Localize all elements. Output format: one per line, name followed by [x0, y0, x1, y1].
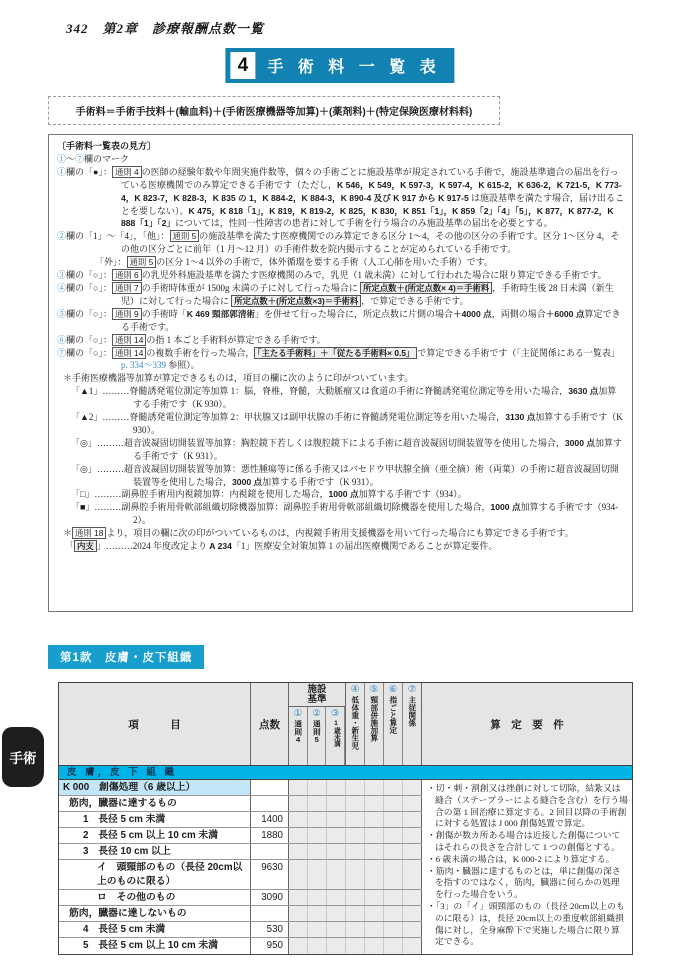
guide-segment: 「◎」……… [71, 464, 124, 474]
guide-segment: の複数手術を行った場合， [146, 348, 254, 358]
column-label: 低体重・新生児 [351, 696, 359, 749]
mark-cell [308, 906, 327, 921]
mark-cell [384, 860, 403, 889]
mark-cell [346, 796, 365, 811]
mark-cell [346, 844, 365, 859]
guide-segment: については，性同一性障害の患者に対して手術を行う場合のみ施設基準の届出を必要とす… [175, 218, 553, 228]
mark-cell [365, 812, 384, 827]
mark-cell [403, 812, 422, 827]
mark-cells [289, 906, 422, 921]
mark-cell [327, 890, 346, 905]
mark-cell [327, 780, 346, 795]
mark-cell [289, 860, 308, 889]
points-cell: 3090 [251, 890, 289, 905]
guide-segment: 「□」……… [71, 489, 121, 499]
mark-cells [289, 812, 422, 827]
guide-line: ②欄の「1」〜「4」，「他」：通則 5の施設基準を満たす医療機関でのみ算定できる… [57, 230, 624, 256]
guide-line: ①〜⑦欄のマーク [57, 153, 624, 166]
category-band: 皮 膚，皮 下 組 織 [59, 766, 632, 780]
guide-segment: で算定できる手術です（「主従関係にある一覧表」 [417, 348, 620, 358]
column-number: ⑥ [389, 684, 398, 695]
guide-lines: ①〜⑦欄のマーク①欄の「●」：通則 4の医師の経験年数や年間実施件数等，個々の手… [57, 153, 624, 553]
points-column-header: 点数 [251, 683, 289, 765]
guide-segment: 欄の「○」： [66, 309, 112, 319]
mark-cell [327, 796, 346, 811]
mark-cell [346, 860, 365, 889]
requirements-column-header: 算 定 要 件 [421, 683, 632, 765]
guide-segment: ＋6000 点 [546, 309, 585, 319]
guide-segment: の手術時体重が 1500g 未満の子に対して行った場合に [142, 283, 360, 293]
guide-segment: 「外」： [95, 257, 127, 267]
guide-segment: A 234 [209, 541, 232, 551]
guide-segment: ，で算定できる手術です。 [361, 296, 468, 306]
guide-segment: 所定点数＋(所定点数×3)＝手術料 [231, 295, 361, 307]
mark-column-header: ⑦主従関係 [403, 683, 422, 765]
guide-segment: 「 [65, 541, 74, 551]
mark-cell [289, 922, 308, 937]
mark-cell [403, 890, 422, 905]
mark-cell [365, 828, 384, 843]
points-cell: 530 [251, 922, 289, 937]
section-label: 第1款 皮膚・皮下組織 [48, 645, 204, 669]
guide-line: 「◎」………超音波凝固切開装置等加算：胸腔鏡下若しくは腹腔鏡下による手術に超音波… [57, 437, 624, 463]
requirements-cell: ・切・刺・割創又は挫創に対して切除，結紮又は縫合（ステープラーによる縫合を含む）… [422, 780, 632, 954]
guide-line: ⑥欄の「○」：通則 14の指 1 本ごと手術料が算定できる手術です。 [57, 334, 624, 347]
mark-cell [346, 922, 365, 937]
guide-segment: 通則 14 [112, 347, 146, 359]
table-row: 4 長径 5 cm 未満530 [59, 922, 422, 938]
mark-cell [308, 780, 327, 795]
guide-line: 「■」………副鼻腔手術用骨軟部組織切除機器加算：副鼻腔手術用骨軟部組織切除機器を… [57, 501, 624, 527]
mark-column-header: ⑤頸部併施加算 [365, 683, 384, 765]
guide-segment: 加算する手術です（934）。 [359, 489, 467, 499]
points-cell [251, 906, 289, 921]
item-cell: 1 長径 5 cm 未満 [59, 812, 251, 827]
mark-column-header: ③1歳未満 [326, 707, 345, 765]
mark-column-header: ②通則5 [308, 707, 327, 765]
guide-segment: 1000 点 [328, 489, 358, 499]
mark-cell [346, 780, 365, 795]
table-row: 2 長径 5 cm 以上 10 cm 未満1880 [59, 828, 422, 844]
mark-cell [327, 938, 346, 954]
guide-segment: 通則 14 [112, 334, 146, 346]
column-number: ③ [331, 708, 340, 719]
guide-segment: 副鼻腔手術用内視鏡加算：内視鏡を使用した場合， [121, 489, 328, 499]
item-cell: 筋肉，臓器に達するもの [59, 796, 251, 811]
mark-cell [403, 844, 422, 859]
requirement-item: ・創傷が数カ所ある場合は近接した創傷についてはそれらの長さを合計して 1 つの創… [427, 830, 628, 854]
mark-column-header: ④低体重・新生児 [346, 683, 365, 765]
item-cell: K 000 創傷処理（6 歳以上） [59, 780, 251, 795]
guide-segment: 超音波凝固切開装置等加算：胸腔鏡下若しくは腹腔鏡下による手術に超音波凝固切開装置… [124, 438, 565, 448]
facility-subcolumns: ①通則4②通則5③1歳未満 [289, 707, 345, 765]
guide-segment: の指 1 本ごと手術料が算定できる手術です。 [146, 335, 325, 345]
guide-segment: 「主たる手術料」＋「従たる手術料× 0.5」 [254, 347, 417, 359]
guide-segment: 「▲1」……… [71, 386, 129, 396]
guide-segment: ② [57, 231, 66, 241]
guide-segment: の区分 1〜4 以外の手術で，体外循環を要する手術（人工心肺を用いた手術）です。 [156, 257, 493, 267]
mark-cells [289, 860, 422, 889]
column-label: 通則4 [294, 720, 302, 744]
column-label: 1歳未満 [332, 720, 339, 747]
mark-cell [289, 906, 308, 921]
guide-segment: ，両側の場合 [492, 309, 546, 319]
mark-cell [384, 844, 403, 859]
mark-cell [403, 860, 422, 889]
points-cell [251, 844, 289, 859]
mark-cell [403, 938, 422, 954]
column-number: ⑤ [370, 684, 379, 695]
mark-cells [289, 780, 422, 795]
table-row: 筋肉，臓器に達するもの [59, 796, 422, 812]
guide-line: 「◎」………超音波凝固切開装置等加算：悪性腫瘍等に係る手術又はバセドウ甲状腺全摘… [57, 463, 624, 489]
mark-cell [365, 938, 384, 954]
guide-segment: 「1」医療安全対策加算 1 の届出医療機関であることが算定要件。 [232, 541, 498, 551]
guide-segment: 脊髄誘発電位測定等加算 1：脳，脊椎，脊髄，大動脈瘤又は食道の手術に脊髄誘発電位… [129, 386, 568, 396]
mark-column-header: ①通則4 [289, 707, 308, 765]
mark-cell [346, 938, 365, 954]
mark-cells [289, 890, 422, 905]
mark-cell [384, 906, 403, 921]
mark-cell [384, 796, 403, 811]
mark-cell [365, 796, 384, 811]
formula-box: 手術料＝手術手技料＋(輸血料)＋(手術医療機器等加算)＋(薬剤料)＋(特定保険医… [48, 96, 500, 125]
mark-cell [365, 922, 384, 937]
mark-cell [365, 780, 384, 795]
guide-segment: ① [57, 167, 66, 177]
guide-segment: 1000 点 [490, 502, 520, 512]
guide-title: 〔手術料一覧表の見方〕 [57, 140, 624, 153]
mark-cell [384, 938, 403, 954]
points-cell: 1400 [251, 812, 289, 827]
guide-segment: 通則 6 [112, 269, 142, 281]
item-cell: イ 頭頸部のもの（長径 20cm以上のものに限る） [59, 860, 251, 889]
guide-segment: 「■」……… [71, 502, 121, 512]
guide-line: ⑦欄の「○」：通則 14の複数手術を行った場合，「主たる手術料」＋「従たる手術料… [57, 347, 624, 373]
points-cell: 1880 [251, 828, 289, 843]
points-cell [251, 796, 289, 811]
guide-line: 「▲1」………脊髄誘発電位測定等加算 1：脳，脊椎，脊髄，大動脈瘤又は食道の手術… [57, 385, 624, 411]
mark-cell [384, 780, 403, 795]
facility-group-header: 施設 基準 ①通則4②通則5③1歳未満 [289, 683, 346, 765]
guide-line: 「外」：通則 5の区分 1〜4 以外の手術で，体外循環を要する手術（人工心肺を用… [95, 256, 624, 269]
guide-segment: ⑤ [57, 309, 66, 319]
page-header: 342 第2章 診療報酬点数一覧 [66, 18, 264, 37]
mark-cell [308, 890, 327, 905]
guide-segment: 3630 点 [568, 386, 598, 396]
mark-cell [346, 906, 365, 921]
guide-segment: 加算する手術です（K 931）。 [262, 477, 379, 487]
column-label: 主従関係 [408, 696, 416, 726]
column-label: 通則5 [313, 720, 321, 744]
item-cell: 筋肉，臓器に達しないもの [59, 906, 251, 921]
table-row: K 000 創傷処理（6 歳以上） [59, 780, 422, 796]
column-number: ⑦ [408, 684, 417, 695]
table-row: 5 長径 5 cm 以上 10 cm 未満950 [59, 938, 422, 954]
guide-segment: 」を併せて行った場合に，所定点数に片側の場合 [255, 309, 453, 319]
guide-segment: 」……… [97, 541, 133, 551]
guide-segment: 欄の「○」： [66, 270, 112, 280]
mark-cells [289, 938, 422, 954]
guide-line: 「□」………副鼻腔手術用内視鏡加算：内視鏡を使用した場合，1000 点加算する手… [57, 488, 624, 501]
guide-segment: 「◎」……… [71, 438, 124, 448]
guide-segment: ＊手術医療機器等加算が算定できるものは，項目の欄に次のように印がついています。 [63, 373, 413, 383]
guide-segment: 「▲2」……… [71, 412, 129, 422]
mark-cell [346, 890, 365, 905]
mark-cell [365, 844, 384, 859]
requirement-item: ・切・刺・割創又は挫創に対して切除，結紮又は縫合（ステープラーによる縫合を含む）… [427, 783, 628, 830]
column-label: 頸部併施加算 [370, 696, 378, 742]
mark-cell [327, 828, 346, 843]
guide-segment: 欄の「1」〜「4」，「他」： [66, 231, 170, 241]
mark-cell [346, 828, 365, 843]
guide-segment: 欄の「●」： [66, 167, 112, 177]
mark-cell [384, 922, 403, 937]
item-cell: 2 長径 5 cm 以上 10 cm 未満 [59, 828, 251, 843]
points-cell [251, 780, 289, 795]
guide-box: 〔手術料一覧表の見方〕 ①〜⑦欄のマーク①欄の「●」：通則 4の医師の経験年数や… [48, 134, 633, 612]
guide-segment: ④ [57, 283, 66, 293]
table-row: ロ その他のもの3090 [59, 890, 422, 906]
item-cell: ロ その他のもの [59, 890, 251, 905]
mark-cell [327, 812, 346, 827]
guide-segment: 通則 9 [112, 308, 142, 320]
guide-segment: の手術時「 [142, 309, 187, 319]
mark-cell [403, 922, 422, 937]
guide-segment: 欄の「○」： [66, 348, 112, 358]
facility-group-label: 施設 基準 [289, 683, 345, 707]
guide-segment: ① [57, 154, 66, 164]
mark-cell [308, 860, 327, 889]
mark-cells [289, 844, 422, 859]
mark-cell [346, 812, 365, 827]
guide-segment: 欄のマーク [84, 154, 129, 164]
guide-segment: 通則 18 [72, 527, 106, 539]
guide-segment: ③ [57, 270, 66, 280]
item-cell: 3 長径 10 cm 以上 [59, 844, 251, 859]
mark-cell [384, 890, 403, 905]
guide-line: 「内支」………2024 年度改定より A 234「1」医療安全対策加算 1 の届… [57, 540, 624, 553]
table-header: 項 目 点数 施設 基準 ①通則4②通則5③1歳未満 ④低体重・新生児⑤頸部併施… [59, 683, 632, 766]
mark-cells [289, 922, 422, 937]
mark-cell [403, 780, 422, 795]
guide-line: ⑤欄の「○」：通則 9の手術時「K 469 頸部郭清術」を併せて行った場合に，所… [57, 308, 624, 334]
table-row: 1 長径 5 cm 未満1400 [59, 812, 422, 828]
mark-cells [289, 828, 422, 843]
side-tab-surgery: 手術 [2, 727, 44, 787]
guide-segment: 2024 年度改定より [133, 541, 210, 551]
mark-cells [289, 796, 422, 811]
guide-segment: 通則 5 [127, 256, 157, 268]
points-cell: 950 [251, 938, 289, 954]
fee-table: 項 目 点数 施設 基準 ①通則4②通則5③1歳未満 ④低体重・新生児⑤頸部併施… [58, 682, 633, 955]
table-row: 筋肉，臓器に達しないもの [59, 906, 422, 922]
mark-cell [308, 796, 327, 811]
mark-columns-header: ④低体重・新生児⑤頸部併施加算⑥指ごと算定⑦主従関係 [346, 683, 422, 765]
guide-line: ＊手術医療機器等加算が算定できるものは，項目の欄に次のように印がついています。 [57, 372, 624, 385]
mark-cell [403, 828, 422, 843]
guide-line: ①欄の「●」：通則 4の医師の経験年数や年間実施件数等，個々の手術ごとに施設基準… [57, 166, 624, 231]
mark-cell [308, 844, 327, 859]
guide-segment: 3000 点 [232, 477, 262, 487]
section-banner: 4 手 術 料 一 覧 表 [225, 48, 454, 83]
guide-segment: の乳児外科施設基準を満たす医療機関のみで，乳児（1 歳未満）に対して行われた場合… [142, 270, 607, 280]
mark-cell [384, 812, 403, 827]
guide-segment: より，項目の欄に次の印がついているものは，内視鏡手術用支援機器を用いて行った場合… [106, 528, 573, 538]
mark-cell [289, 812, 308, 827]
item-cell: 4 長径 5 cm 未満 [59, 922, 251, 937]
column-label: 指ごと算定 [389, 696, 397, 734]
guide-segment: 欄の「○」： [66, 283, 112, 293]
table-row: イ 頭頸部のもの（長径 20cm以上のものに限る）9630 [59, 860, 422, 890]
mark-cell [289, 890, 308, 905]
mark-cell [308, 938, 327, 954]
guide-segment: ⑥ [57, 335, 66, 345]
mark-cell [327, 844, 346, 859]
item-cell: 5 長径 5 cm 以上 10 cm 未満 [59, 938, 251, 954]
mark-cell [403, 906, 422, 921]
guide-line: ④欄の「○」：通則 7の手術時体重が 1500g 未満の子に対して行った場合に … [57, 282, 624, 308]
guide-segment: 通則 7 [112, 282, 142, 294]
points-cell: 9630 [251, 860, 289, 889]
requirement-item: ・「3」の「イ」頭頸部のもの（長径 20cm以上のものに限る）は，長径 20cm… [427, 901, 628, 948]
guide-segment: 3130 点 [505, 412, 535, 422]
mark-cell [289, 844, 308, 859]
column-number: ④ [351, 684, 360, 695]
item-column-header: 項 目 [59, 683, 251, 765]
guide-segment: 通則 5 [170, 230, 200, 242]
guide-segment: ⑦ [75, 154, 84, 164]
mark-cell [365, 890, 384, 905]
table-body: K 000 創傷処理（6 歳以上）筋肉，臓器に達するもの1 長径 5 cm 未満… [59, 780, 632, 954]
mark-cell [289, 796, 308, 811]
guide-segment: 欄の「○」： [66, 335, 112, 345]
banner-title: 手 術 料 一 覧 表 [267, 54, 440, 77]
mark-cell [308, 828, 327, 843]
guide-segment: ＋4000 点 [453, 309, 492, 319]
guide-segment: ⑦ [57, 348, 66, 358]
mark-cell [365, 906, 384, 921]
guide-segment: 〜 [66, 154, 75, 164]
guide-line: 「▲2」………脊髄誘発電位測定等加算 2：甲状腺又は副甲状腺の手術に脊髄誘発電位… [57, 411, 624, 437]
guide-segment: 参照）。 [166, 360, 200, 370]
column-number: ② [312, 708, 321, 719]
requirement-item: ・筋肉・臓器に達するものとは，単に創傷の深さを指すのではなく，筋肉，臓器に何らか… [427, 866, 628, 901]
mark-cell [327, 906, 346, 921]
requirement-item: ・6 歳未満の場合は，K 000-2 により算定する。 [427, 854, 628, 866]
mark-cell [327, 922, 346, 937]
guide-segment: 脊髄誘発電位測定等加算 2：甲状腺又は副甲状腺の手術に脊髄誘発電位測定等を用いた… [129, 412, 505, 422]
guide-line: ＊通則 18より，項目の欄に次の印がついているものは，内視鏡手術用支援機器を用い… [57, 527, 624, 540]
guide-segment: 所定点数＋(所定点数× 4)＝手術料 [360, 282, 492, 294]
guide-segment: 副鼻腔手術用骨軟部組織切除機器加算：副鼻腔手術用骨軟部組織切除機器を使用した場合… [121, 502, 490, 512]
mark-cell [403, 796, 422, 811]
mark-column-header: ⑥指ごと算定 [384, 683, 403, 765]
guide-segment: K 469 頸部郭清術 [187, 309, 255, 319]
mark-cell [384, 828, 403, 843]
guide-segment: 通則 4 [112, 166, 142, 178]
mark-cell [308, 922, 327, 937]
column-number: ① [294, 708, 303, 719]
mark-cell [289, 938, 308, 954]
table-row: 3 長径 10 cm 以上 [59, 844, 422, 860]
table-rows: K 000 創傷処理（6 歳以上）筋肉，臓器に達するもの1 長径 5 cm 未満… [59, 780, 422, 954]
mark-cell [365, 860, 384, 889]
banner-number: 4 [230, 52, 255, 79]
guide-segment: ＊ [63, 528, 72, 538]
mark-cell [327, 860, 346, 889]
guide-segment: p. 334〜339 [121, 360, 166, 370]
guide-segment: 3000 点 [565, 438, 595, 448]
mark-cell [289, 780, 308, 795]
mark-cell [308, 812, 327, 827]
guide-line: ③欄の「○」：通則 6の乳児外科施設基準を満たす医療機関のみで，乳児（1 歳未満… [57, 269, 624, 282]
mark-cell [289, 828, 308, 843]
guide-segment: 内支 [74, 540, 97, 552]
